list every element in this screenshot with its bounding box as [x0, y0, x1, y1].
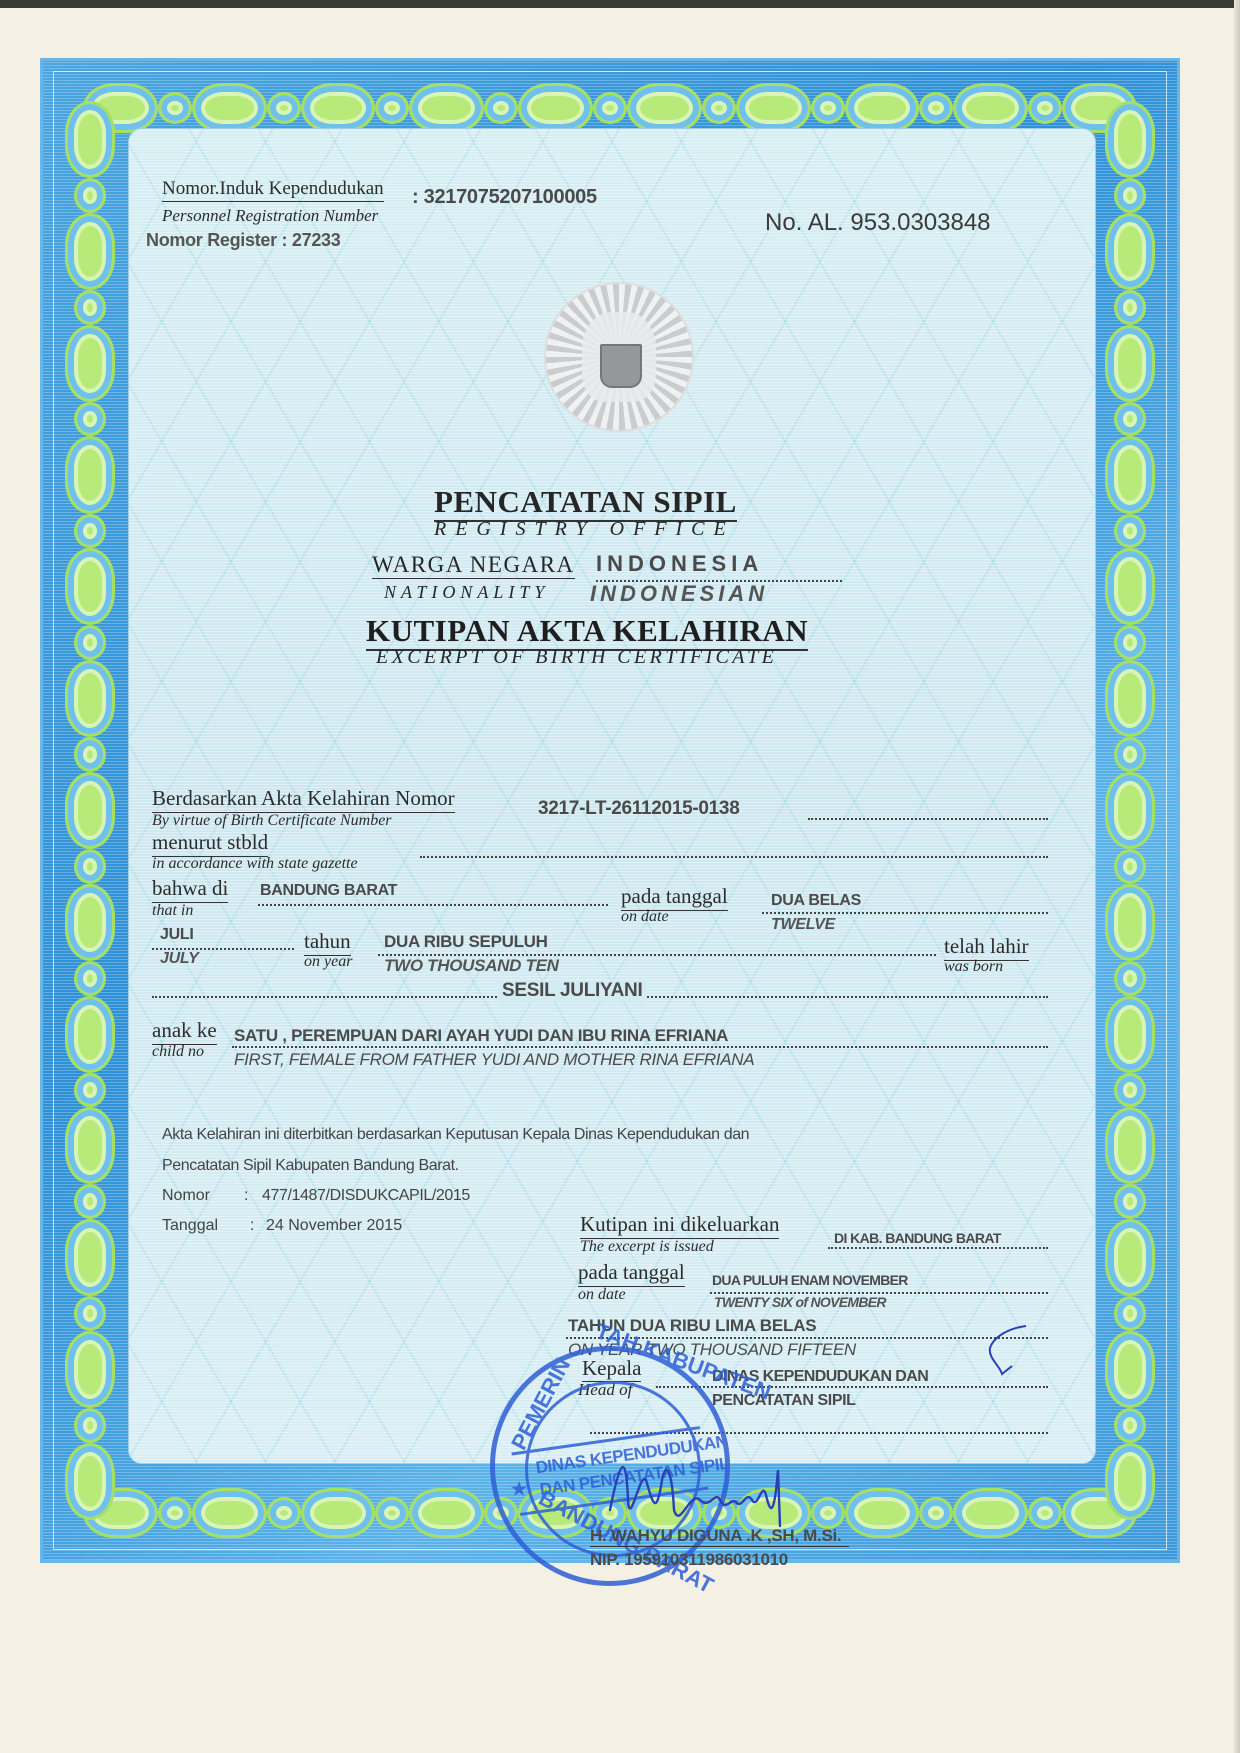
issued-place-dotline — [828, 1247, 1048, 1249]
scan-right-edge — [1234, 0, 1240, 1753]
chain-link-small — [74, 737, 106, 772]
garuda-emblem-icon — [544, 282, 694, 432]
chain-link-small — [158, 92, 192, 124]
serial-number: No. AL. 953.0303848 — [765, 209, 991, 237]
chain-link-large — [65, 548, 115, 625]
born-label-en: was born — [944, 958, 1003, 976]
place-dotline — [258, 904, 608, 906]
chain-link-small — [919, 1497, 953, 1529]
chain-link-small — [702, 92, 736, 124]
child-info-en: FIRST, FEMALE FROM FATHER YUDI AND MOTHE… — [234, 1050, 754, 1070]
place-label-en: that in — [152, 902, 193, 920]
place-label: bahwa di — [152, 876, 228, 903]
chain-link-small — [1114, 290, 1146, 325]
cert-number-label: Berdasarkan Akta Kelahiran Nomor — [152, 786, 455, 813]
chain-link-large — [627, 83, 702, 133]
chain-link-large — [1105, 660, 1155, 737]
decree-number-colon: : — [244, 1187, 248, 1205]
cert-number-value: 3217-LT-26112015-0138 — [538, 798, 739, 820]
nik-value: : 3217075207100005 — [412, 186, 597, 209]
chain-link-small — [74, 290, 106, 325]
chain-link-small — [1114, 178, 1146, 213]
scan-top-edge — [0, 0, 1240, 8]
chain-link-large — [1105, 1219, 1155, 1296]
stbld-label: menurut stbld — [152, 830, 268, 857]
issued-place-value: DI KAB. BANDUNG BARAT — [834, 1230, 1001, 1246]
chain-link-large — [1105, 436, 1155, 513]
chain-link-large — [65, 660, 115, 737]
birth-year-value-en: TWO THOUSAND TEN — [384, 956, 559, 976]
chain-link-small — [74, 1184, 106, 1219]
chain-link-large — [65, 436, 115, 513]
place-value: BANDUNG BARAT — [260, 882, 397, 900]
chain-link-small — [1028, 1497, 1062, 1529]
chain-link-large — [301, 83, 376, 133]
decree-number-label: Nomor — [162, 1187, 210, 1205]
chain-link-small — [74, 625, 106, 660]
chain-link-small — [267, 92, 301, 124]
ornament-chain-top — [83, 81, 1137, 135]
chain-link-small — [375, 92, 409, 124]
chain-link-large — [65, 101, 115, 178]
emblem-shield — [600, 344, 642, 388]
official-nip: NIP. 195910311986031010 — [590, 1550, 788, 1570]
chain-link-small — [919, 92, 953, 124]
chain-link-small — [1028, 92, 1062, 124]
chain-link-large — [409, 83, 484, 133]
nationality-value-en: INDONESIAN — [590, 581, 768, 607]
nik-colon: : — [412, 186, 424, 208]
document-title-en: EXCERPT OF BIRTH CERTIFICATE — [376, 646, 777, 669]
chain-link-small — [1114, 961, 1146, 996]
stbld-dotline — [420, 856, 1048, 858]
chain-link-small — [484, 92, 518, 124]
chain-link-small — [593, 92, 627, 124]
decree-number-value: 477/1487/DISDUKCAPIL/2015 — [262, 1187, 470, 1205]
chain-link-large — [1105, 1107, 1155, 1184]
chain-link-large — [1105, 884, 1155, 961]
birth-year-label-en: on year — [304, 953, 352, 971]
ornament-chain-left — [63, 101, 117, 1520]
issue-date-label-en: on date — [578, 1286, 626, 1304]
register-number: Nomor Register : 27233 — [146, 230, 340, 251]
decree-date-colon: : — [250, 1217, 254, 1235]
cert-number-dotline — [808, 818, 1048, 820]
birth-day-value: DUA BELAS — [771, 892, 861, 910]
chain-link-large — [301, 1488, 376, 1538]
birth-day-dotline — [762, 912, 1048, 914]
chain-link-small — [74, 178, 106, 213]
chain-link-small — [1114, 1073, 1146, 1108]
nationality-value: INDONESIA — [596, 551, 763, 577]
chain-link-small — [74, 961, 106, 996]
chain-link-large — [1105, 996, 1155, 1073]
chain-link-large — [65, 772, 115, 849]
chain-link-large — [1105, 101, 1155, 178]
chain-link-large — [65, 325, 115, 402]
nationality-label-en: NATIONALITY — [384, 582, 549, 603]
chain-link-large — [1105, 213, 1155, 290]
stbld-label-en: in accordance with state gazette — [152, 855, 358, 873]
chain-link-small — [74, 402, 106, 437]
nationality-label: WARGA NEGARA — [372, 552, 575, 579]
chain-link-large — [845, 83, 920, 133]
chain-link-large — [953, 83, 1028, 133]
issued-label: Kutipan ini dikeluarkan — [580, 1212, 779, 1239]
chain-link-large — [953, 1488, 1028, 1538]
office-title-en: REGISTRY OFFICE — [434, 518, 735, 541]
cert-number-label-en: By virtue of Birth Certificate Number — [152, 812, 392, 830]
chain-link-large — [65, 884, 115, 961]
chain-link-small — [1114, 625, 1146, 660]
chain-link-small — [1114, 849, 1146, 884]
decree-date-value: 24 November 2015 — [266, 1217, 402, 1235]
issued-label-en: The excerpt is issued — [580, 1238, 714, 1256]
issue-date-value: DUA PULUH ENAM NOVEMBER — [712, 1272, 908, 1288]
chain-link-small — [1114, 1408, 1146, 1443]
issue-date-value-en: TWENTY SIX of NOVEMBER — [714, 1294, 886, 1310]
nik-number: 3217075207100005 — [424, 186, 597, 208]
birth-date-label-en: on date — [621, 908, 669, 926]
chain-link-small — [1114, 1296, 1146, 1331]
chain-link-large — [1105, 325, 1155, 402]
signature — [600, 1440, 860, 1540]
chain-link-small — [74, 1296, 106, 1331]
chain-link-large — [192, 1488, 267, 1538]
chain-link-small — [74, 514, 106, 549]
chain-link-large — [65, 213, 115, 290]
chain-link-small — [375, 1497, 409, 1529]
chain-link-small — [1114, 402, 1146, 437]
chain-link-small — [1114, 737, 1146, 772]
chain-link-small — [267, 1497, 301, 1529]
child-info: SATU , PEREMPUAN DARI AYAH YUDI DAN IBU … — [234, 1026, 728, 1046]
birth-month-value: JULI — [160, 926, 193, 944]
child-number-label-en: child no — [152, 1043, 204, 1061]
chain-link-large — [409, 1488, 484, 1538]
office-title: PENCATATAN SIPIL — [434, 484, 737, 522]
chain-link-small — [74, 1073, 106, 1108]
chain-link-large — [1105, 772, 1155, 849]
chain-link-small — [1114, 1184, 1146, 1219]
chain-link-large — [1105, 1331, 1155, 1408]
child-number-label: anak ke — [152, 1018, 217, 1045]
born-label: telah lahir — [944, 934, 1029, 961]
chain-link-large — [65, 1107, 115, 1184]
child-name: SESIL JULIYANI — [498, 980, 646, 1002]
chain-link-large — [736, 83, 811, 133]
chain-link-large — [1105, 548, 1155, 625]
issue-date-label: pada tanggal — [578, 1260, 685, 1287]
birth-date-label: pada tanggal — [621, 884, 728, 911]
nik-label-en: Personnel Registration Number — [162, 206, 378, 226]
checkmark-annotation — [980, 1322, 1030, 1382]
chain-link-small — [74, 1408, 106, 1443]
chain-link-large — [65, 1219, 115, 1296]
chain-link-large — [518, 83, 593, 133]
birth-month-value-en: JULY — [160, 950, 199, 968]
nik-label: Nomor.Induk Kependudukan — [162, 178, 384, 202]
chain-link-small — [811, 92, 845, 124]
birth-year-label: tahun — [304, 929, 351, 956]
chain-link-small — [1114, 514, 1146, 549]
ornament-chain-right — [1103, 101, 1157, 1520]
child-info-dotline — [232, 1046, 1048, 1048]
decree-text-line1: Akta Kelahiran ini diterbitkan berdasark… — [162, 1126, 749, 1144]
chain-link-small — [158, 1497, 192, 1529]
chain-link-large — [192, 83, 267, 133]
chain-link-large — [65, 1331, 115, 1408]
birth-day-value-en: TWELVE — [771, 916, 835, 934]
chain-link-large — [1105, 1443, 1155, 1520]
head-office-line2: PENCATATAN SIPIL — [712, 1392, 856, 1410]
chain-link-large — [65, 996, 115, 1073]
chain-link-small — [74, 849, 106, 884]
stamp-star-icon: ★ — [511, 1479, 527, 1500]
birth-year-value: DUA RIBU SEPULUH — [384, 932, 548, 952]
decree-text-line2: Pencatatan Sipil Kabupaten Bandung Barat… — [162, 1157, 459, 1175]
official-name: H. WAHYU DIGUNA .K ,SH, M.Si. — [590, 1526, 849, 1547]
chain-link-large — [65, 1443, 115, 1520]
decree-date-label: Tanggal — [162, 1217, 218, 1235]
